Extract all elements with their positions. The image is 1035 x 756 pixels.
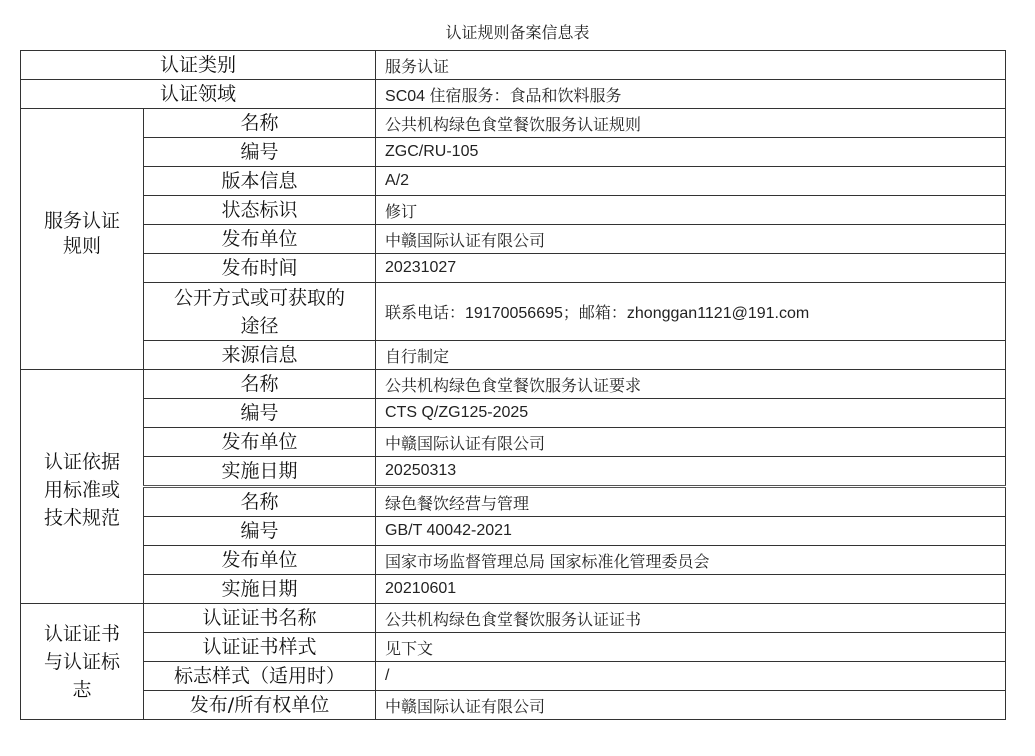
group-label-line: 认证依据 (21, 448, 143, 476)
group-label-line: 认证证书 (21, 620, 143, 648)
table-row-standard2-name: 名称 绿色餐饮经营与管理 (21, 487, 1006, 517)
table-row-rule-version: 版本信息 A/2 (21, 167, 1006, 196)
group-label-line: 与认证标 (21, 648, 143, 676)
group-label-line: 规则 (21, 234, 143, 259)
group-label-line: 用标准或 (21, 476, 143, 504)
row-label: 名称 (144, 109, 376, 138)
row-label: 认证类别 (21, 51, 376, 80)
table-row-certificate-style: 认证证书样式 见下文 (21, 633, 1006, 662)
table-row-mark-style: 标志样式（适用时） / (21, 662, 1006, 691)
row-label: 编号 (144, 517, 376, 546)
row-value: 公共机构绿色食堂餐饮服务认证规则 (376, 109, 1006, 138)
row-value: 绿色餐饮经营与管理 (376, 487, 1006, 517)
row-value: 服务认证 (376, 51, 1006, 80)
row-label: 发布单位 (144, 428, 376, 457)
row-label: 编号 (144, 399, 376, 428)
row-value: 20231027 (376, 254, 1006, 283)
row-value: 中赣国际认证有限公司 (376, 428, 1006, 457)
table-row-rule-name: 服务认证 规则 名称 公共机构绿色食堂餐饮服务认证规则 (21, 109, 1006, 138)
row-label-line: 公开方式或可获取的 (144, 284, 375, 312)
filing-info-table: 认证类别 服务认证 认证领域 SC04 住宿服务：食品和饮料服务 服务认证 规则… (20, 50, 1006, 720)
table-row-rule-source: 来源信息 自行制定 (21, 341, 1006, 370)
table-row-standard2-effective-date: 实施日期 20210601 (21, 575, 1006, 604)
group-label-line: 技术规范 (21, 504, 143, 532)
table-row-owner: 发布/所有权单位 中赣国际认证有限公司 (21, 691, 1006, 720)
group-label-standards: 认证依据 用标准或 技术规范 (21, 370, 144, 604)
row-value: 20210601 (376, 575, 1006, 604)
row-value: ZGC/RU-105 (376, 138, 1006, 167)
row-label: 实施日期 (144, 575, 376, 604)
row-label: 名称 (144, 370, 376, 399)
document-title: 认证规则备案信息表 (0, 20, 1035, 43)
table-row-standard-code: 编号 CTS Q/ZG125-2025 (21, 399, 1006, 428)
table-row-rule-publish-date: 发布时间 20231027 (21, 254, 1006, 283)
table-row-cert-category: 认证类别 服务认证 (21, 51, 1006, 80)
row-value: / (376, 662, 1006, 691)
row-value: 中赣国际认证有限公司 (376, 225, 1006, 254)
row-value: 中赣国际认证有限公司 (376, 691, 1006, 720)
row-label: 来源信息 (144, 341, 376, 370)
table-row-standard2-publisher: 发布单位 国家市场监督管理总局 国家标准化管理委员会 (21, 546, 1006, 575)
table-row-standard-effective-date: 实施日期 20250313 (21, 457, 1006, 487)
row-label: 认证领域 (21, 80, 376, 109)
table-row-standard-publisher: 发布单位 中赣国际认证有限公司 (21, 428, 1006, 457)
row-label: 标志样式（适用时） (144, 662, 376, 691)
row-value: A/2 (376, 167, 1006, 196)
row-label: 发布时间 (144, 254, 376, 283)
row-value: SC04 住宿服务：食品和饮料服务 (376, 80, 1006, 109)
group-label-line: 志 (21, 676, 143, 704)
row-value: 公共机构绿色食堂餐饮服务认证要求 (376, 370, 1006, 399)
row-label: 公开方式或可获取的 途径 (144, 283, 376, 341)
row-value: 国家市场监督管理总局 国家标准化管理委员会 (376, 546, 1006, 575)
table-row-cert-field: 认证领域 SC04 住宿服务：食品和饮料服务 (21, 80, 1006, 109)
table-row-rule-code: 编号 ZGC/RU-105 (21, 138, 1006, 167)
row-label: 实施日期 (144, 457, 376, 487)
row-label: 认证证书名称 (144, 604, 376, 633)
row-label: 发布/所有权单位 (144, 691, 376, 720)
row-label-line: 途径 (144, 312, 375, 340)
group-label-service-rules: 服务认证 规则 (21, 109, 144, 370)
row-value: 20250313 (376, 457, 1006, 487)
table-row-rule-status: 状态标识 修订 (21, 196, 1006, 225)
row-value: 见下文 (376, 633, 1006, 662)
table-row-rule-access: 公开方式或可获取的 途径 联系电话：19170056695；邮箱：zhongga… (21, 283, 1006, 341)
row-label: 认证证书样式 (144, 633, 376, 662)
row-value: 修订 (376, 196, 1006, 225)
table-row-standard-name: 认证依据 用标准或 技术规范 名称 公共机构绿色食堂餐饮服务认证要求 (21, 370, 1006, 399)
row-label: 编号 (144, 138, 376, 167)
row-label: 名称 (144, 487, 376, 517)
row-value: 自行制定 (376, 341, 1006, 370)
row-label: 发布单位 (144, 546, 376, 575)
row-label: 状态标识 (144, 196, 376, 225)
table-row-standard2-code: 编号 GB/T 40042-2021 (21, 517, 1006, 546)
table-row-rule-publisher: 发布单位 中赣国际认证有限公司 (21, 225, 1006, 254)
group-label-line: 服务认证 (21, 209, 143, 234)
row-value: 公共机构绿色食堂餐饮服务认证证书 (376, 604, 1006, 633)
row-label: 发布单位 (144, 225, 376, 254)
row-value: 联系电话：19170056695；邮箱：zhonggan1121@191.com (376, 283, 1006, 341)
row-label: 版本信息 (144, 167, 376, 196)
row-value: CTS Q/ZG125-2025 (376, 399, 1006, 428)
group-label-certificate-mark: 认证证书 与认证标 志 (21, 604, 144, 720)
row-value: GB/T 40042-2021 (376, 517, 1006, 546)
table-row-certificate-name: 认证证书 与认证标 志 认证证书名称 公共机构绿色食堂餐饮服务认证证书 (21, 604, 1006, 633)
